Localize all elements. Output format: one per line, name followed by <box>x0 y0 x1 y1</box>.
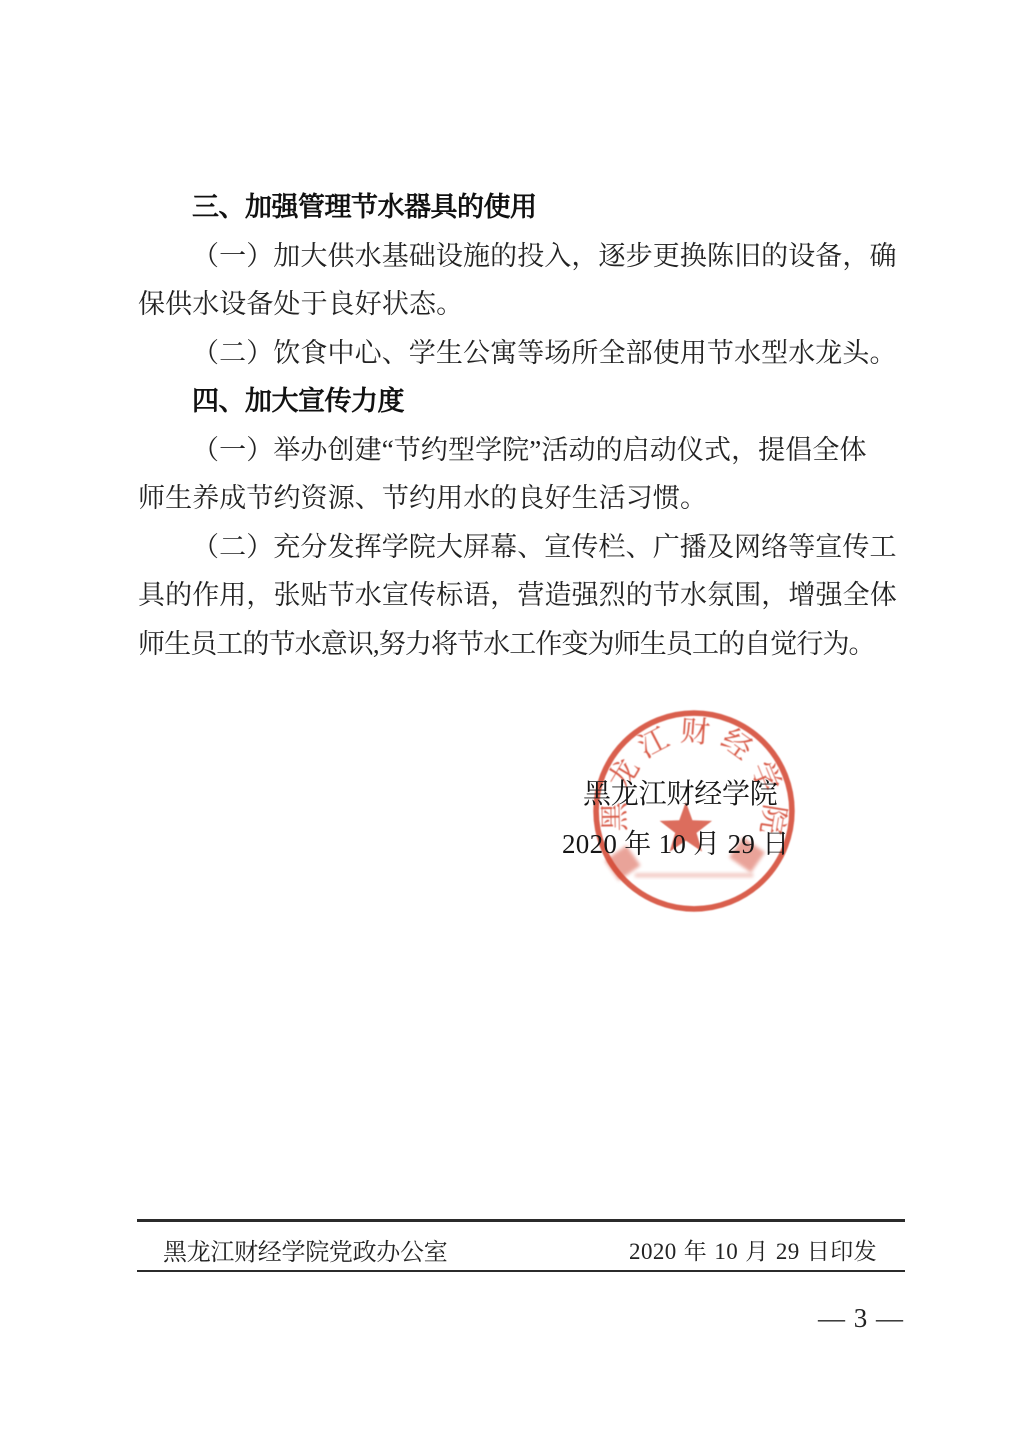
document-page: 三、加强管理节水器具的使用（一）加大供水基础设施的投入，逐步更换陈旧的设备，确保… <box>0 0 1024 1448</box>
signature-org: 黑龙江财经学院 <box>583 772 778 812</box>
body-line: 师生员工的节水意识,努力将节水工作变为师生员工的自觉行为。 <box>138 620 895 669</box>
section-heading: 四、加大宣传力度 <box>138 377 895 426</box>
signature-date: 2020 年 10 月 29 日 <box>562 822 790 861</box>
body-line: （二）饮食中心、学生公寓等场所全部使用节水型水龙头。 <box>138 329 895 378</box>
body-line: 具的作用，张贴节水宣传标语，营造强烈的节水氛围，增强全体 <box>138 571 895 620</box>
body-line: 师生养成节约资源、节约用水的良好生活习惯。 <box>138 474 895 523</box>
footer-rule-bottom <box>137 1270 905 1272</box>
footer-issuing-office: 黑龙江财经学院党政办公室 <box>163 1232 447 1267</box>
footer-rule-top <box>137 1219 905 1222</box>
body-line: （二）充分发挥学院大屏幕、宣传栏、广播及网络等宣传工 <box>138 523 895 572</box>
seal-smudge-bottom-icon <box>635 873 753 877</box>
body-line: （一）举办创建“节约型学院”活动的启动仪式，提倡全体 <box>138 426 895 475</box>
body-line: （一）加大供水基础设施的投入，逐步更换陈旧的设备，确 <box>138 232 895 281</box>
page-number: — 3 — <box>818 1303 904 1334</box>
footer-print-date: 2020 年 10 月 29 日印发 <box>629 1233 877 1266</box>
section-heading: 三、加强管理节水器具的使用 <box>138 183 895 232</box>
document-body: 三、加强管理节水器具的使用（一）加大供水基础设施的投入，逐步更换陈旧的设备，确保… <box>138 183 895 668</box>
body-line: 保供水设备处于良好状态。 <box>138 280 895 329</box>
